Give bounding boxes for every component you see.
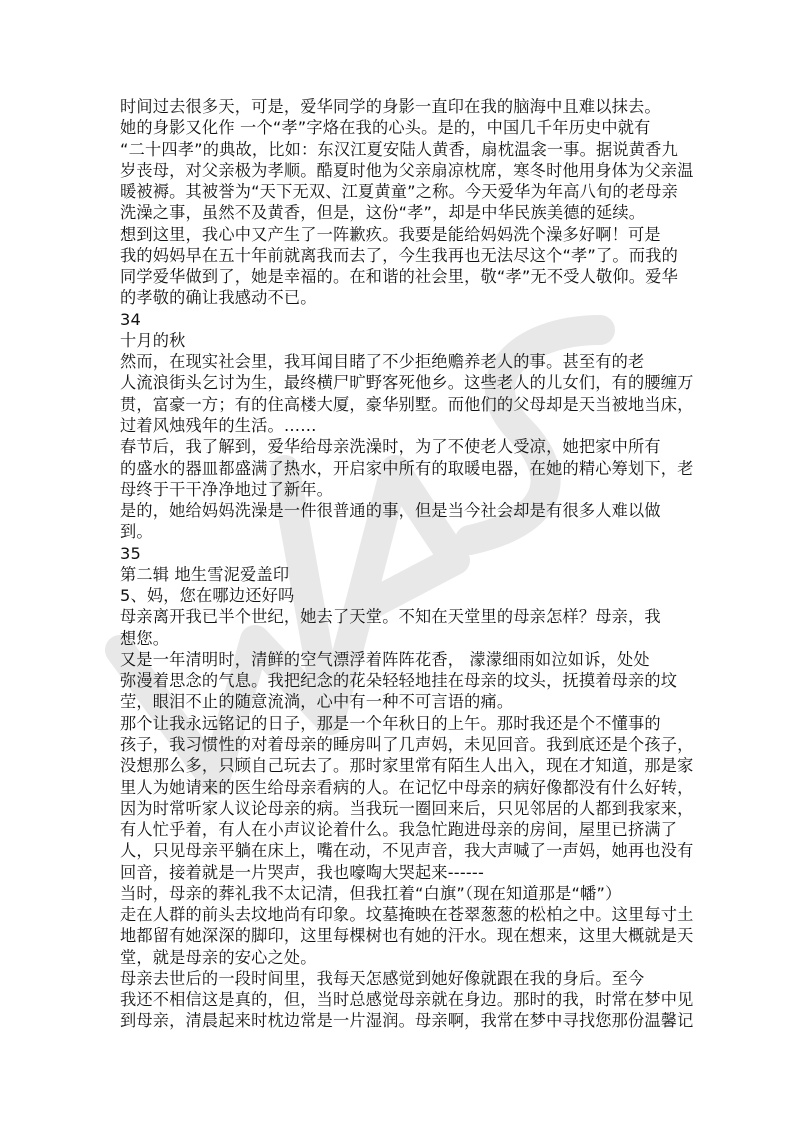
text-line: 里人为她请来的医生给母亲看病的人。在记忆中母亲的病好像都没有什么好转， — [120, 777, 680, 798]
text-line: 母亲去世后的一段时间里，我每天怎感觉到她好像就跟在我的身后。至今 — [120, 968, 680, 989]
text-line: 地都留有她深深的脚印，这里每棵树也有她的汗水。现在想来，这里大概就是天 — [120, 925, 680, 946]
text-line: 到。 — [120, 521, 680, 542]
text-line: 当时，母亲的葬礼我不太记清，但我扛着“白旗”（现在知道那是“幡”） — [120, 883, 680, 904]
text-line: 有人忙乎着，有人在小声议论着什么。我急忙跑进母亲的房间，屋里已挤满了 — [120, 819, 680, 840]
text-line: 那个让我永远铭记的日子，那是一个年秋日的上午。那时我还是个不懂事的 — [120, 713, 680, 734]
text-line: 过着风烛残年的生活。…… — [120, 415, 680, 436]
text-line: 我的妈妈早在五十年前就离我而去了，今生我再也无法尽这个“孝”了。而我的 — [120, 245, 680, 266]
text-line: 暖被褥。其被誉为“天下无双、江夏黄童”之称。今天爱华为年高八旬的老母亲 — [120, 181, 680, 202]
text-line: 然而，在现实社会里，我耳闻目睹了不少拒绝赡养老人的事。甚至有的老 — [120, 351, 680, 372]
text-line: 又是一年清明时，清鲜的空气漂浮着阵阵花香， 濛濛细雨如泣如诉，处处 — [120, 649, 680, 670]
page-number: 35 — [120, 543, 680, 564]
text-line: 到母亲，清晨起来时枕边常是一片湿润。母亲啊，我常在梦中寻找您那份温馨记 — [120, 1010, 680, 1031]
text-line: 茔，眼泪不止的随意流淌，心中有一种不可言语的痛。 — [120, 691, 680, 712]
section-title: 5、妈，您在哪边还好吗 — [120, 585, 680, 606]
text-line: 走在人群的前头去坟地尚有印象。坟墓掩映在苍翠葱葱的松柏之中。这里每寸土 — [120, 904, 680, 925]
text-line: 母亲离开我已半个世纪，她去了天堂。不知在天堂里的母亲怎样？母亲，我 — [120, 606, 680, 627]
text-line: 的盛水的器皿都盛满了热水，开启家中所有的取暖电器，在她的精心筹划下，老 — [120, 458, 680, 479]
text-line: 没想那么多，只顾自己玩去了。那时家里常有陌生人出入，现在才知道，那是家 — [120, 755, 680, 776]
text-line: 洗澡之事，虽然不及黄香，但是，这份“孝”，却是中华民族美德的延续。 — [120, 202, 680, 223]
text-line: 时间过去很多天，可是，爱华同学的身影一直印在我的脑海中且难以抹去。 — [120, 96, 680, 117]
text-line: 贯，富豪一方；有的住高楼大厦，豪华别墅。而他们的父母却是天当被地当床， — [120, 394, 680, 415]
text-line: 堂，就是母亲的安心之处。 — [120, 947, 680, 968]
text-line: 人，只见母亲平躺在床上，嘴在动，不见声音，我大声喊了一声妈，她再也没有 — [120, 840, 680, 861]
text-line: 弥漫着思念的气息。我把纪念的花朵轻轻地挂在母亲的坟头，抚摸着母亲的坟 — [120, 670, 680, 691]
text-line: 岁丧母，对父亲极为孝顺。酷夏时他为父亲扇凉枕席，寒冬时他用身体为父亲温 — [120, 160, 680, 181]
text-line: 人流浪街头乞讨为生，最终横尸旷野客死他乡。这些老人的儿女们，有的腰缠万 — [120, 372, 680, 393]
text-line: 回音，接着就是一片哭声，我也嚎啕大哭起来------ — [120, 862, 680, 883]
text-line: 想您。 — [120, 628, 680, 649]
text-line: 的孝敬的确让我感动不已。 — [120, 287, 680, 308]
text-line: 同学爱华做到了，她是幸福的。在和谐的社会里，敬“孝”无不受人敬仰。爱华 — [120, 266, 680, 287]
section-title: 十月的秋 — [120, 330, 680, 351]
text-line: 我还不相信这是真的，但，当时总感觉母亲就在身边。那时的我，时常在梦中见 — [120, 989, 680, 1010]
text-line: 她的身影又化作 一个“孝”字烙在我的心头。是的，中国几千年历史中就有 — [120, 117, 680, 138]
chapter-title: 第二辑 地生雪泥爱盖印 — [120, 564, 680, 585]
text-line: 母终于干干净净地过了新年。 — [120, 479, 680, 500]
text-line: 因为时常听家人议论母亲的病。当我玩一圈回来后，只见邻居的人都到我家来， — [120, 798, 680, 819]
document-body: 时间过去很多天，可是，爱华同学的身影一直印在我的脑海中且难以抹去。 她的身影又化… — [120, 96, 680, 1032]
text-line: 春节后，我了解到，爱华给母亲洗澡时，为了不使老人受凉，她把家中所有 — [120, 436, 680, 457]
document-page: 时间过去很多天，可是，爱华同学的身影一直印在我的脑海中且难以抹去。 她的身影又化… — [0, 0, 793, 1122]
text-line: 是的，她给妈妈洗澡是一件很普通的事，但是当今社会却是有很多人难以做 — [120, 500, 680, 521]
text-line: “二十四孝”的典故，比如：东汉江夏安陆人黄香，扇枕温衾一事。据说黄香九 — [120, 139, 680, 160]
text-line: 孩子，我习惯性的对着母亲的睡房叫了几声妈，未见回音。我到底还是个孩子， — [120, 734, 680, 755]
page-number: 34 — [120, 309, 680, 330]
text-line: 想到这里，我心中又产生了一阵歉疚。我要是能给妈妈洗个澡多好啊！可是 — [120, 224, 680, 245]
